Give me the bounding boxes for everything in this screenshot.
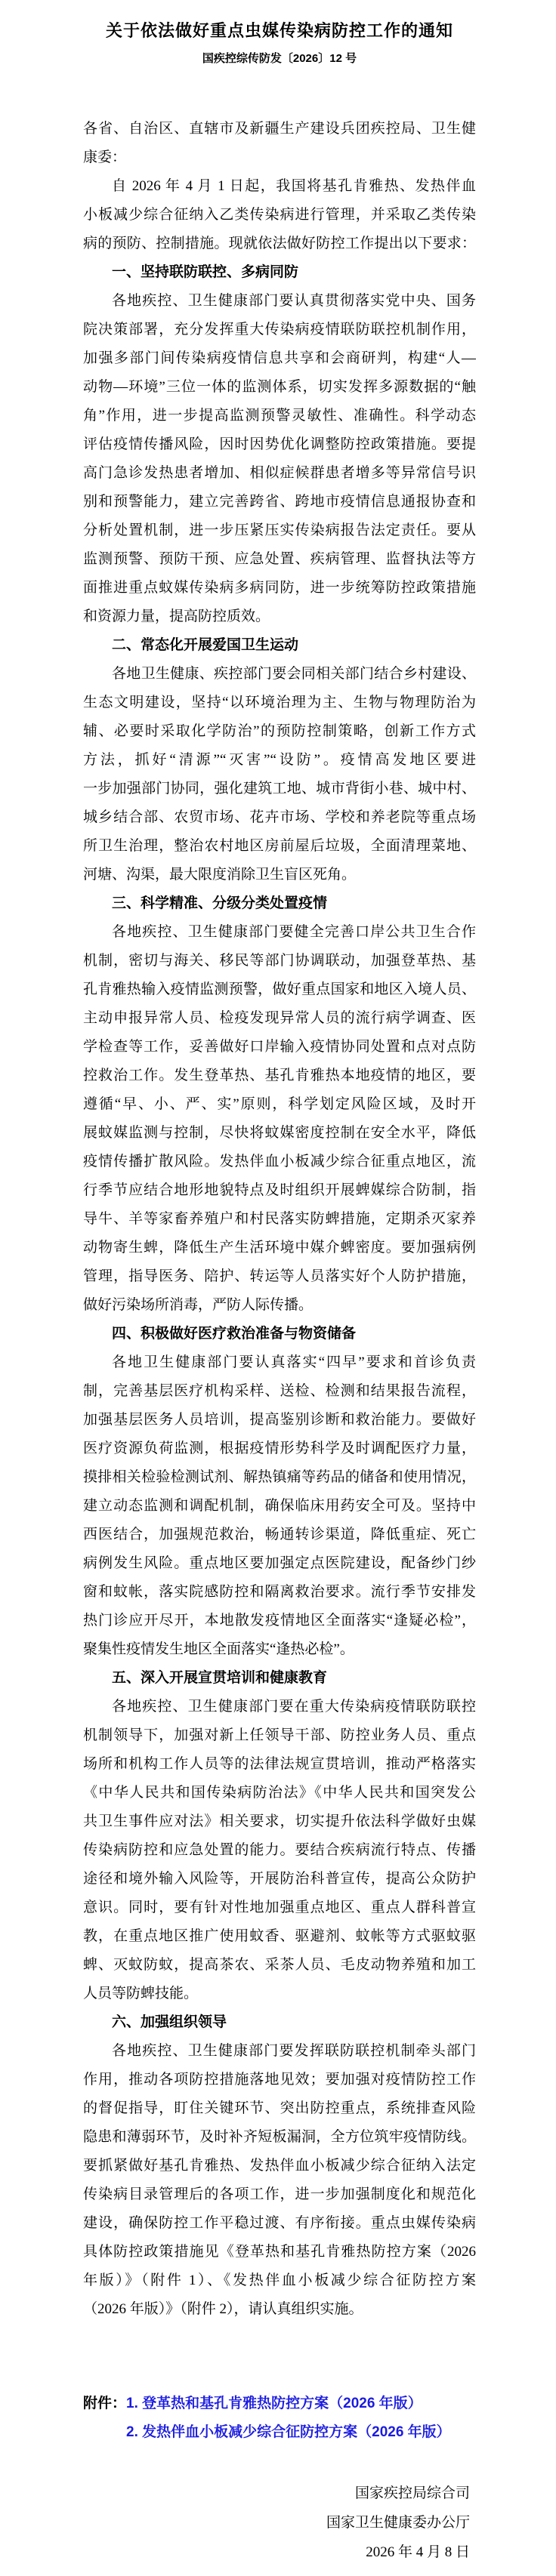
text-line: 传染病目录管理后的各项工作，进一步加强制度化和规范化 — [83, 2180, 476, 2209]
paragraph: 自 2026 年 4 月 1 日起，我国将基孔肯雅热、发热伴血小板减少综合征纳入… — [83, 172, 476, 258]
text-line: 别和预警能力，建立完善跨省、跨地市疫情信息通报协查和 — [83, 488, 476, 516]
text-line: 监测预警、预防干预、应急处置、疾病管理、监督执法等方 — [83, 545, 476, 574]
text-line: 热门诊应开尽开，本地散发疫情地区全面落实“逢疑必检”， — [83, 1607, 476, 1635]
text-line: 小板减少综合征纳入乙类传染病进行管理，并采取乙类传染 — [83, 201, 476, 230]
text-line: 一步加强部门协同，强化建筑工地、城市背街小巷、城中村、 — [83, 775, 476, 803]
text-line: 康委： — [83, 143, 476, 172]
text-line: 面推进重点蚊媒传染病多病同防，进一步统筹防控政策措施 — [83, 574, 476, 602]
text-line: 蜱、灭蚊防蚊，提高茶农、采茶人员、毛皮动物养殖和加工 — [83, 1951, 476, 1980]
text-line: 窗和蚊帐，落实院感防控和隔离救治要求。流行季节安排发 — [83, 1578, 476, 1607]
text-line: 各地疾控、卫生健康部门要发挥联防联控机制牵头部门 — [83, 2037, 476, 2066]
text-line: 制，完善基层医疗机构采样、送检、检测和结果报告流程， — [83, 1377, 476, 1406]
paragraph: 各地疾控、卫生健康部门要发挥联防联控机制牵头部门作用，推动各项防控措施落地见效；… — [83, 2037, 476, 2324]
issuer-health-commission: 国家卫生健康委办公厅 — [83, 2508, 470, 2537]
document-body: 各省、自治区、直辖市及新疆生产建设兵团疾控局、卫生健康委：自 2026 年 4 … — [83, 115, 476, 2324]
attachment-row-2: 2. 发热伴血小板减少综合征防控方案（2026 年版） — [83, 2418, 476, 2447]
text-line: 六、加强组织领导 — [83, 2008, 476, 2037]
text-line: 建设，确保防控工作平稳过渡、有序衔接。重点虫媒传染病 — [83, 2209, 476, 2238]
text-line: 《中华人民共和国传染病防治法》《中华人民共和国突发公 — [83, 1779, 476, 1807]
attachment-link-1[interactable]: 1. 登革热和基孔肯雅热防控方案（2026 年版） — [126, 2396, 422, 2411]
text-line: 三、科学精准、分级分类处置疫情 — [83, 889, 476, 918]
paragraph: 各地疾控、卫生健康部门要在重大传染病疫情联防联控机制领导下，加强对新上任领导干部… — [83, 1693, 476, 2008]
notice-document: 关于依法做好重点虫媒传染病防控工作的通知 国疾控综传防发〔2026〕12 号 各… — [0, 0, 556, 2576]
text-line: 遵循“早、小、严、实”原则，科学划定风险区域，及时开 — [83, 1090, 476, 1119]
text-line: 各地疾控、卫生健康部门要认真贯彻落实党中央、国务 — [83, 287, 476, 316]
text-line: 分析处置机制，进一步压紧压实传染病报告法定责任。要从 — [83, 516, 476, 545]
text-line: 人员等防蜱技能。 — [83, 1980, 476, 2008]
text-line: 西医结合，加强规范救治，畅通转诊渠道，降低重症、死亡 — [83, 1521, 476, 1549]
document-footer: 国家疾控局综合司 国家卫生健康委办公厅 2026 年 4 月 8 日 — [83, 2479, 476, 2567]
issue-date: 2026 年 4 月 8 日 — [83, 2537, 470, 2567]
text-line: 意识。同时，要有针对性地加强重点地区、重点人群科普宣 — [83, 1893, 476, 1922]
text-line: 作用，推动各项防控措施落地见效；要加强对疫情防控工作 — [83, 2066, 476, 2094]
text-line: 四、积极做好医疗救治准备与物资储备 — [83, 1320, 476, 1348]
text-line: 和资源力量，提高防控质效。 — [83, 602, 476, 631]
text-line: 五、深入开展宣贯培训和健康教育 — [83, 1664, 476, 1693]
text-line: 传染病防控和应急处置的能力。要结合疾病流行特点、传播 — [83, 1836, 476, 1865]
text-line: 院决策部署，充分发挥重大传染病疫情联防联控机制作用， — [83, 316, 476, 344]
text-line: 动物寄生蜱，降低生产生活环境中媒介蜱密度。要加强病例 — [83, 1234, 476, 1262]
text-line: 控救治工作。发生登革热、基孔肯雅热本地疫情的地区，要 — [83, 1062, 476, 1090]
text-line: 方法，抓好“清源”“灭害”“设防”。疫情高发地区要进 — [83, 746, 476, 775]
text-line: 病例发生风险。重点地区要加强定点医院建设，配备纱门纱 — [83, 1549, 476, 1578]
text-line: 河塘、沟渠，最大限度消除卫生盲区死角。 — [83, 861, 476, 889]
text-line: 动物—环境”三位一体的监测体系，切实发挥多源数据的“触 — [83, 373, 476, 402]
text-line: 导牛、羊等家畜养殖户和村民落实防蜱措施，定期杀灭家养 — [83, 1205, 476, 1234]
text-line: 共卫生事件应对法》相关要求，切实提升依法科学做好虫媒 — [83, 1807, 476, 1836]
text-line: 各地卫生健康部门要认真落实“四早”要求和首诊负责 — [83, 1348, 476, 1377]
text-line: 行季节应结合地形地貌特点及时组织开展蜱媒综合防制，指 — [83, 1176, 476, 1205]
text-line: 管理，指导医务、陪护、转运等人员落实好个人防护措施， — [83, 1262, 476, 1291]
text-line: 病的预防、控制措施。现就依法做好防控工作提出以下要求： — [83, 230, 476, 258]
text-line: 摸排相关检验检测试剂、解热镇痛等药品的储备和使用情况， — [83, 1463, 476, 1492]
text-line: 教，在重点地区推广使用蚊香、驱避剂、蚊帐等方式驱蚊驱 — [83, 1922, 476, 1951]
section-heading: 二、常态化开展爱国卫生运动 — [83, 631, 476, 660]
text-line: 机制，密切与海关、移民等部门协调联动，加强登革热、基 — [83, 947, 476, 975]
attachments-section: 附件：1. 登革热和基孔肯雅热防控方案（2026 年版） 2. 发热伴血小板减少… — [83, 2390, 476, 2447]
text-line: 场所和机构工作人员等的法律法规宣贯培训，推动严格落实 — [83, 1750, 476, 1779]
text-line: （2026 年版）》（附件 2），请认真组织实施。 — [83, 2295, 476, 2324]
attachments-label: 附件： — [83, 2396, 126, 2411]
paragraph: 各省、自治区、直辖市及新疆生产建设兵团疾控局、卫生健康委： — [83, 115, 476, 172]
paragraph: 各地疾控、卫生健康部门要认真贯彻落实党中央、国务院决策部署，充分发挥重大传染病疫… — [83, 287, 476, 631]
section-heading: 五、深入开展宣贯培训和健康教育 — [83, 1664, 476, 1693]
attachment-link-2[interactable]: 2. 发热伴血小板减少综合征防控方案（2026 年版） — [126, 2424, 451, 2440]
text-line: 要抓紧做好基孔肯雅热、发热伴血小板减少综合征纳入法定 — [83, 2152, 476, 2180]
text-line: 所卫生治理，整治农村地区房前屋后垃圾，全面清理菜地、 — [83, 832, 476, 861]
text-line: 做好污染场所消毒，严防人际传播。 — [83, 1291, 476, 1320]
paragraph: 各地卫生健康、疾控部门要会同相关部门结合乡村建设、生态文明建设，坚持“以环境治理… — [83, 660, 476, 889]
text-line: 各地疾控、卫生健康部门要健全完善口岸公共卫生合作 — [83, 918, 476, 947]
text-line: 加强多部门间传染病疫情信息共享和会商研判，构建“人— — [83, 344, 476, 373]
text-line: 城乡结合部、农贸市场、花卉市场、学校和养老院等重点场 — [83, 803, 476, 832]
text-line: 途径和境外输入风险等，开展防治科普宣传，提高公众防护 — [83, 1865, 476, 1893]
text-line: 聚集性疫情发生地区全面落实“逢热必检”。 — [83, 1635, 476, 1664]
section-heading: 四、积极做好医疗救治准备与物资储备 — [83, 1320, 476, 1348]
text-line: 各地疾控、卫生健康部门要在重大传染病疫情联防联控 — [83, 1693, 476, 1721]
paragraph: 各地卫生健康部门要认真落实“四早”要求和首诊负责制，完善基层医疗机构采样、送检、… — [83, 1348, 476, 1664]
text-line: 的督促指导，盯住关键环节、突出防控重点，系统排查风险 — [83, 2094, 476, 2123]
text-line: 生态文明建设，坚持“以环境治理为主、生物与物理防治为 — [83, 689, 476, 717]
document-title: 关于依法做好重点虫媒传染病防控工作的通知 — [83, 18, 476, 44]
text-line: 隐患和薄弱环节，及时补齐短板漏洞，全方位筑牢疫情防线。 — [83, 2123, 476, 2152]
text-line: 各省、自治区、直辖市及新疆生产建设兵团疾控局、卫生健 — [83, 115, 476, 143]
text-line: 具体防控政策措施见《登革热和基孔肯雅热防控方案（2026 — [83, 2238, 476, 2266]
text-line: 孔肯雅热输入疫情监测预警，做好重点国家和地区入境人员、 — [83, 975, 476, 1004]
section-heading: 六、加强组织领导 — [83, 2008, 476, 2037]
text-line: 自 2026 年 4 月 1 日起，我国将基孔肯雅热、发热伴血 — [83, 172, 476, 201]
paragraph: 各地疾控、卫生健康部门要健全完善口岸公共卫生合作机制，密切与海关、移民等部门协调… — [83, 918, 476, 1320]
text-line: 年版）》（附件 1）、《发热伴血小板减少综合征防控方案 — [83, 2266, 476, 2295]
text-line: 学检查等工作，妥善做好口岸输入疫情协同处置和点对点防 — [83, 1033, 476, 1062]
text-line: 机制领导下，加强对新上任领导干部、防控业务人员、重点 — [83, 1721, 476, 1750]
text-line: 建立动态监测和调配机制，确保临床用药安全可及。坚持中 — [83, 1492, 476, 1521]
text-line: 展蚊媒监测与控制，尽快将蚊媒密度控制在安全水平，降低 — [83, 1119, 476, 1148]
section-heading: 三、科学精准、分级分类处置疫情 — [83, 889, 476, 918]
attachment-row-1: 附件：1. 登革热和基孔肯雅热防控方案（2026 年版） — [83, 2390, 476, 2418]
text-line: 主动申报异常人员、检疫发现异常人员的流行病学调查、医 — [83, 1004, 476, 1033]
section-heading: 一、坚持联防联控、多病同防 — [83, 258, 476, 287]
text-line: 二、常态化开展爱国卫生运动 — [83, 631, 476, 660]
text-line: 一、坚持联防联控、多病同防 — [83, 258, 476, 287]
text-line: 辅、必要时采取化学防治”的预防控制策略，创新工作方式 — [83, 717, 476, 746]
text-line: 各地卫生健康、疾控部门要会同相关部门结合乡村建设、 — [83, 660, 476, 689]
issuer-disease-control: 国家疾控局综合司 — [83, 2479, 470, 2508]
text-line: 高门急诊发热患者增加、相似症候群患者增多等异常信号识 — [83, 459, 476, 488]
text-line: 加强基层医务人员培训，提高鉴别诊断和救治能力。要做好 — [83, 1406, 476, 1434]
document-number: 国疾控综传防发〔2026〕12 号 — [83, 51, 476, 66]
text-line: 评估疫情传播风险，因时因势优化调整防控政策措施。要提 — [83, 430, 476, 459]
text-line: 角”作用，进一步提高监测预警灵敏性、准确性。科学动态 — [83, 402, 476, 430]
text-line: 医疗资源负荷监测，根据疫情形势科学及时调配医疗力量， — [83, 1434, 476, 1463]
text-line: 疫情传播扩散风险。发热伴血小板减少综合征重点地区，流 — [83, 1148, 476, 1176]
